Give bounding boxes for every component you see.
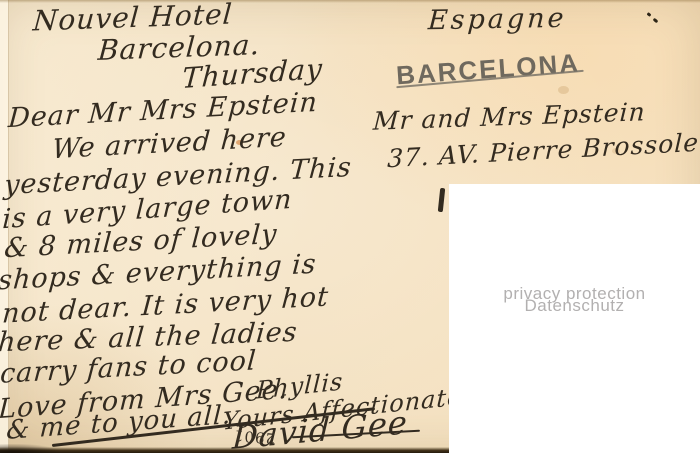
ink-speck — [647, 12, 652, 17]
address-street: 37. AV. Pierre Brossolette — [387, 128, 700, 171]
archive-number: 2901 — [232, 427, 275, 446]
postcard-scan: Nouvel Hotel Barcelona. Thursday Dear Mr… — [0, 0, 700, 453]
privacy-overlay-text: privacy protection Datenschutz — [449, 288, 700, 312]
privacy-overlay: privacy protection Datenschutz — [449, 184, 700, 453]
scan-bottom-edge — [0, 447, 460, 453]
paper-stain — [558, 86, 569, 94]
city-annotation: BARCELONA — [395, 50, 580, 89]
address-country: Espagne — [427, 5, 567, 34]
ink-speck — [653, 18, 659, 24]
address-recipient: Mr and Mrs Epstein — [372, 99, 646, 134]
privacy-overlay-line-de: Datenschutz — [449, 300, 700, 312]
covered-letter-stroke — [438, 188, 445, 212]
